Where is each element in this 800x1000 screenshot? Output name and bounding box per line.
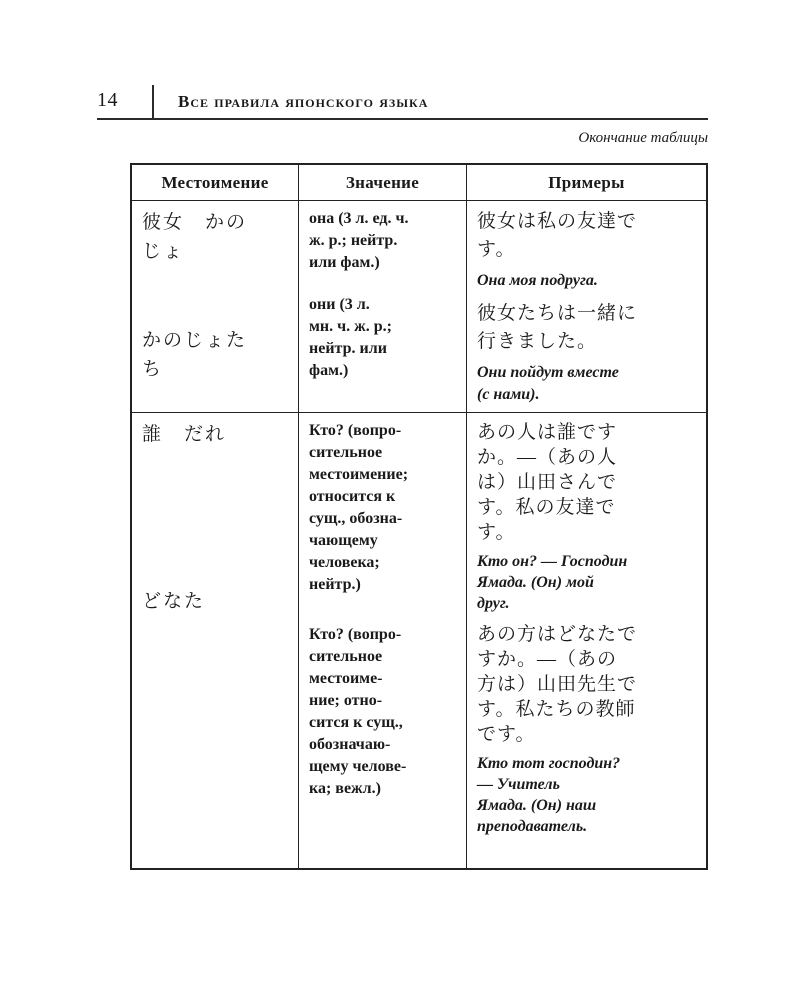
example-jp-2: 彼女たちは一緒に 行きました。 — [477, 300, 697, 356]
table-row-2-meaning-cell: Кто? (вопро- сительное местоимение; отно… — [299, 413, 467, 868]
table-row-2-pronoun-cell: 誰 だれ どなた — [132, 413, 299, 868]
column-header-examples: Примеры — [467, 165, 706, 201]
example-ru-4: Кто тот господин? — Учитель Ямада. (Он) … — [477, 753, 697, 837]
example-ru-1: Она моя подруга. — [477, 270, 697, 292]
meaning-they: они (3 л. мн. ч. ж. р.; нейтр. или фам.) — [309, 294, 457, 382]
page-number: 14 — [97, 89, 118, 112]
example-jp-3: あの人は誰です か。―（あの人 は）山田さんで す。私の友達で す。 — [477, 420, 697, 545]
header-rule — [97, 118, 708, 120]
table-row-1-meaning-cell: она (3 л. ед. ч. ж. р.; нейтр. или фам.)… — [299, 201, 467, 413]
pronoun-kanojo: 彼女 かの じょ — [142, 208, 289, 266]
pronoun-kanojotachi: かのじょた ち — [142, 326, 289, 384]
pronoun-dare: 誰 だれ — [142, 420, 289, 449]
column-header-meaning: Значение — [299, 165, 467, 201]
column-header-pronoun: Местоимение — [132, 165, 299, 201]
table-continuation-note: Окончание таблицы — [578, 130, 708, 147]
example-jp-4: あの方はどなたで すか。―（あの 方は）山田先生で す。私たちの教師 です。 — [477, 622, 697, 747]
meaning-who-neutral: Кто? (вопро- сительное местоимение; отно… — [309, 420, 457, 596]
table-row-1-examples-cell: 彼女は私の友達で す。 Она моя подруга. 彼女たちは一緒に 行き… — [467, 201, 706, 413]
example-ru-3: Кто он? — Господин Ямада. (Он) мой друг. — [477, 551, 697, 614]
book-page: 14 Все правила японского языка Окончание… — [0, 0, 800, 1000]
example-jp-1: 彼女は私の友達で す。 — [477, 208, 697, 264]
meaning-who-polite: Кто? (вопро- сительное местоиме- ние; от… — [309, 624, 457, 800]
page-title: Все правила японского языка — [178, 92, 428, 112]
table-row-2-examples-cell: あの人は誰です か。―（あの人 は）山田さんで す。私の友達で す。 Кто о… — [467, 413, 706, 868]
table-row-1-pronoun-cell: 彼女 かの じょ かのじょた ち — [132, 201, 299, 413]
pronoun-donata: どなた — [142, 587, 289, 616]
meaning-she: она (3 л. ед. ч. ж. р.; нейтр. или фам.) — [309, 208, 457, 274]
pronoun-table: Местоимение Значение Примеры 彼女 かの じょ かの… — [130, 163, 708, 870]
example-ru-2: Они пойдут вместе (с нами). — [477, 362, 697, 406]
header-divider — [152, 85, 154, 118]
